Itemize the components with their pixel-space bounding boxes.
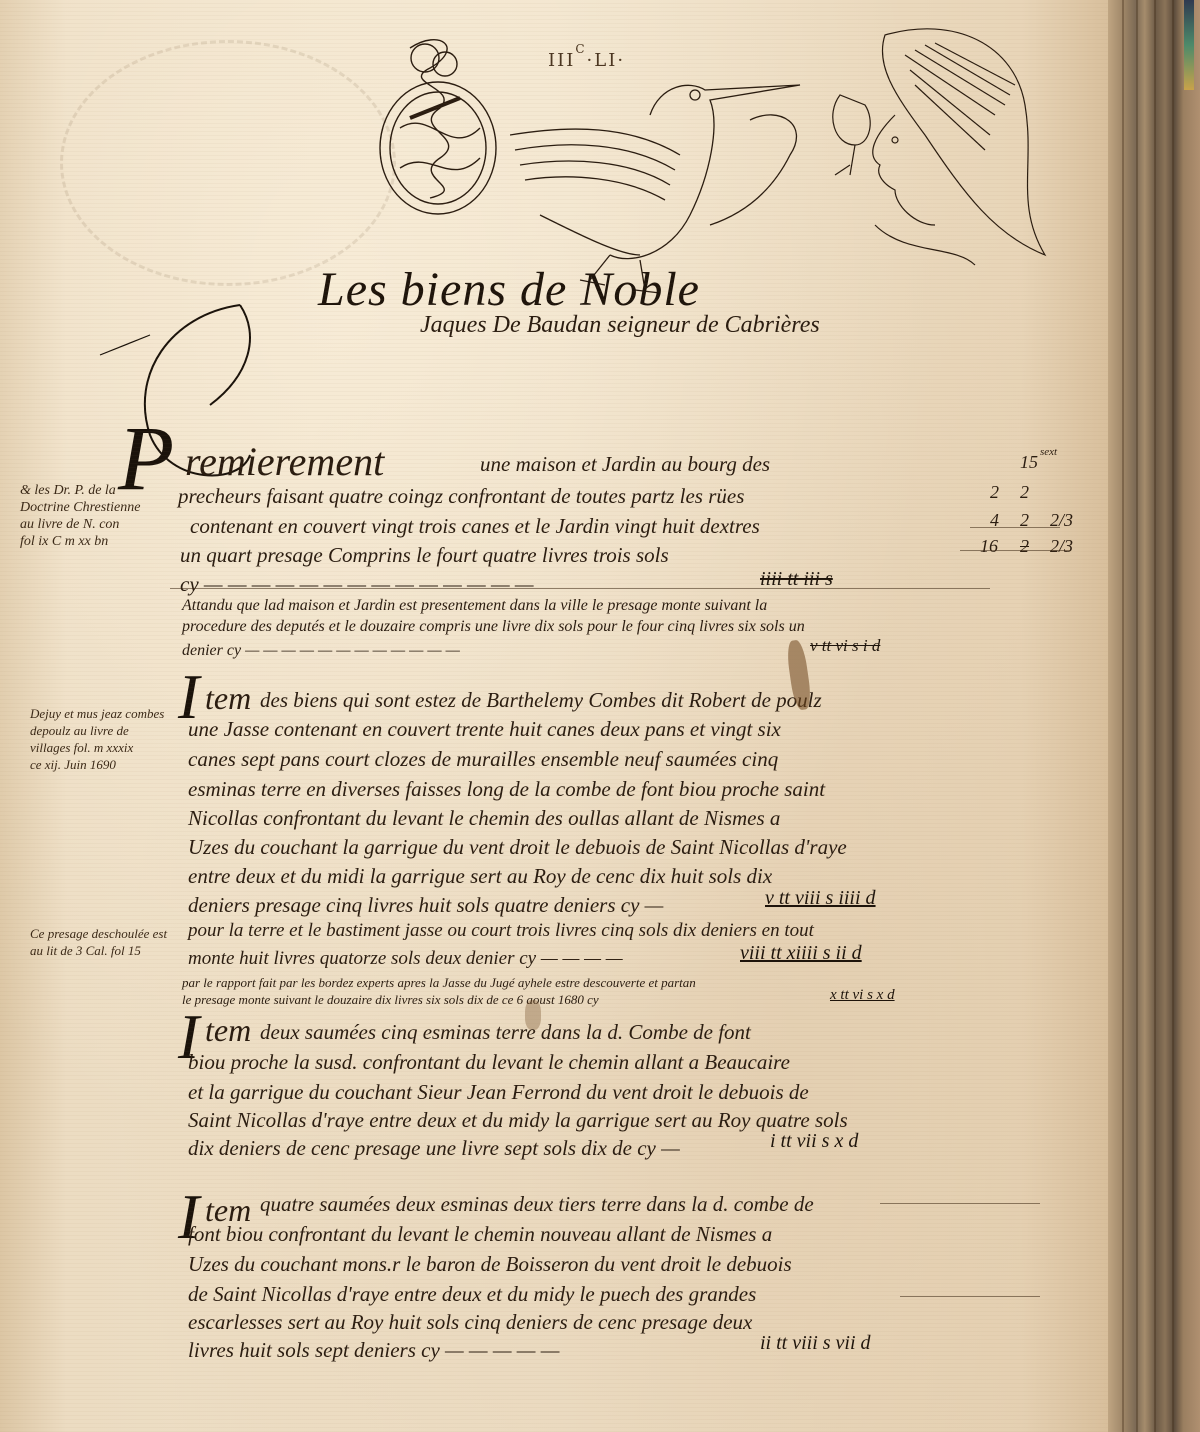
entry-line: quatre saumées deux esminas deux tiers t… bbox=[260, 1192, 814, 1217]
addendum-line: denier cy — — — — — — — — — — — — bbox=[182, 642, 460, 660]
entry-line: Uzes du couchant mons.r le baron de Bois… bbox=[188, 1252, 792, 1277]
entry-line: font biou confrontant du levant le chemi… bbox=[188, 1222, 772, 1247]
entry-line: de Saint Nicollas d'raye entre deux et d… bbox=[188, 1282, 756, 1307]
entry-line: precheurs faisant quatre coingz confront… bbox=[178, 484, 744, 509]
entry-line: cy — — — — — — — — — — — — — — bbox=[180, 572, 534, 597]
margin-note: Dejuy et mus jeaz combes depoulz au livr… bbox=[30, 705, 164, 773]
lady-in-hat-drawing-icon bbox=[815, 25, 1055, 275]
entry-line: deux saumées cinq esminas terre dans la … bbox=[260, 1020, 751, 1045]
entry-line: Saint Nicollas d'raye entre deux et du m… bbox=[188, 1108, 848, 1133]
entry-line: biou proche la susd. confrontant du leva… bbox=[188, 1050, 790, 1075]
entry-line: monte huit livres quatorze sols deux den… bbox=[188, 948, 623, 970]
book-edge bbox=[1108, 0, 1200, 1432]
entry-line: un quart presage Comprins le fourt quatr… bbox=[180, 543, 669, 568]
entry-lead-word: tem bbox=[205, 680, 251, 717]
entry-line: Uzes du couchant la garrigue du vent dro… bbox=[188, 835, 847, 860]
entry-line: des biens qui sont estez de Barthelemy C… bbox=[260, 688, 822, 713]
page-subtitle: Jaques De Baudan seigneur de Cabrières bbox=[420, 312, 820, 339]
addendum-line: par le rapport fait par les bordez exper… bbox=[182, 975, 696, 991]
entry-line: deniers presage cinq livres huit sols qu… bbox=[188, 893, 663, 918]
entry-line: une Jasse contenant en couvert trente hu… bbox=[188, 717, 781, 742]
entry-line: esminas terre en diverses faisses long d… bbox=[188, 777, 825, 802]
margin-note: Ce presage deschoulée est au lit de 3 Ca… bbox=[30, 925, 167, 959]
entry-amount: ii tt viii s vii d bbox=[760, 1332, 871, 1355]
entry-amount: v tt viii s iiii d bbox=[765, 887, 876, 910]
calligraphic-knot-icon bbox=[370, 28, 510, 218]
entry-line: livres huit sols sept deniers cy — — — —… bbox=[188, 1338, 559, 1363]
bleed-through-ghost bbox=[60, 40, 396, 286]
folio-sup: C bbox=[575, 42, 586, 56]
entry-line: Nicollas confrontant du levant le chemin… bbox=[188, 806, 780, 831]
entry-line: canes sept pans court clozes de muraille… bbox=[188, 747, 778, 772]
entry-amount: viii tt xiiii s ii d bbox=[740, 942, 862, 965]
entry-line: contenant en couvert vingt trois canes e… bbox=[190, 514, 760, 539]
manuscript-page: IIIC·LI· bbox=[0, 0, 1110, 1432]
margin-note: & les Dr. P. de la Doctrine Chrestienne … bbox=[20, 482, 140, 550]
addendum-amount: x tt vi s x d bbox=[830, 987, 895, 1004]
addendum-amount: v tt vi s i d bbox=[810, 636, 880, 656]
entry-amount: i tt vii s x d bbox=[770, 1130, 858, 1153]
entry-line: et la garrigue du couchant Sieur Jean Fe… bbox=[188, 1080, 809, 1105]
entry-lead-word: tem bbox=[205, 1012, 251, 1049]
entry-line: dix deniers de cenc presage une livre se… bbox=[188, 1136, 680, 1161]
addendum-line: Attandu que lad maison et Jardin est pre… bbox=[182, 597, 767, 615]
entry-line: escarlesses sert au Roy huit sols cinq d… bbox=[188, 1310, 752, 1335]
addendum-line: procedure des deputés et le douzaire com… bbox=[182, 618, 805, 636]
entry-line: une maison et Jardin au bourg des bbox=[480, 452, 770, 477]
entry-line: entre deux et du midi la garrigue sert a… bbox=[188, 864, 772, 889]
entry-line: pour la terre et le bastiment jasse ou c… bbox=[188, 920, 814, 942]
entry-lead-word: remierement bbox=[185, 438, 384, 485]
page-title: Les biens de Noble bbox=[318, 262, 700, 317]
